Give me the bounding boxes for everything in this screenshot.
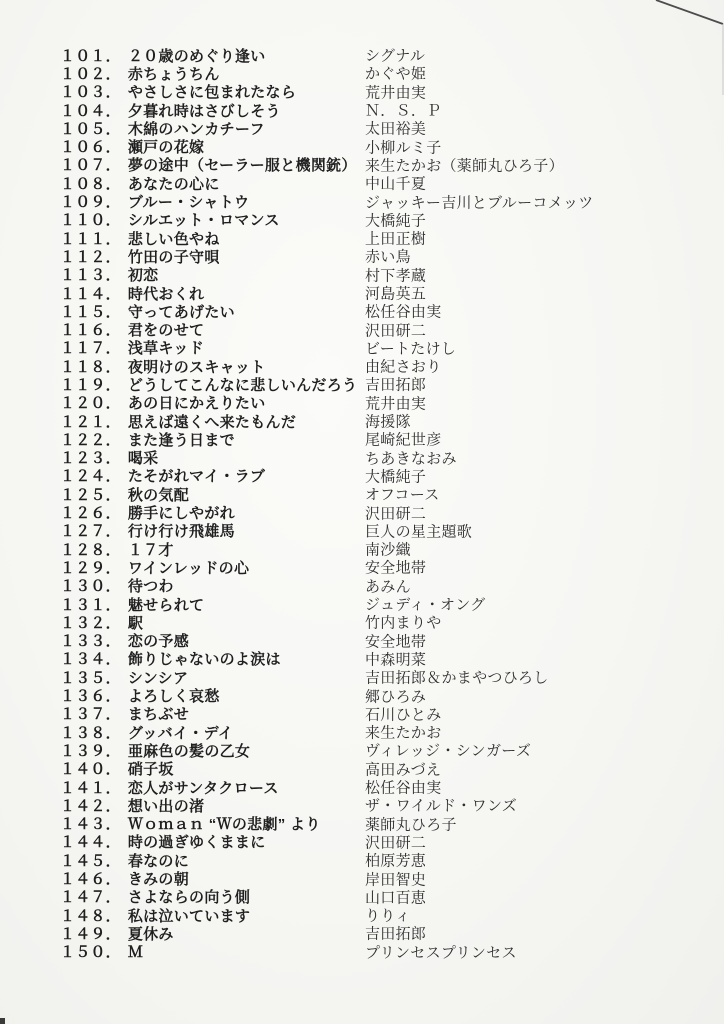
song-row: １０６． 瀬戸の花嫁 小柳ルミ子 — [60, 137, 680, 155]
song-row: １０８． あなたの心に 中山千夏 — [60, 174, 680, 192]
song-row: １４１． 恋人がサンタクロース 松任谷由実 — [60, 778, 680, 796]
song-title: Ｍ — [128, 941, 143, 962]
song-row: １３２． 駅 竹内まりや — [60, 613, 680, 631]
song-row: １０５． 木綿のハンカチーフ 太田裕美 — [60, 119, 680, 137]
song-row: １０１． ２０歳のめぐり逢い シグナル — [60, 46, 680, 64]
song-row: １２３． 喝采 ちあきなおみ — [60, 449, 680, 467]
song-row: １２８． １７才 南沙織 — [60, 540, 680, 558]
song-row: １４７． さよならの向う側 山口百恵 — [60, 888, 680, 906]
song-artist: プリンセスプリンセス — [365, 941, 517, 962]
song-row: １１３． 初恋 村下孝蔵 — [60, 266, 680, 284]
song-row: １３１． 魅せられて ジュディ・オング — [60, 595, 680, 613]
song-row: １１０． シルエット・ロマンス 大橋純子 — [60, 211, 680, 229]
song-row: １３８． グッバイ・デイ 来生たかお — [60, 723, 680, 741]
song-row: １０７． 夢の途中（セーラー服と機関銃） 来生たかお（薬師丸ひろ子） — [60, 156, 680, 174]
song-row: １１９． どうしてこんなに悲しいんだろう 吉田拓郎 — [60, 375, 680, 393]
song-row: １４８． 私は泣いています りりィ — [60, 906, 680, 924]
song-row: １３４． 飾りじゃないのよ涙は 中森明菜 — [60, 650, 680, 668]
song-row: １１４． 時代おくれ 河島英五 — [60, 284, 680, 302]
song-list: １０１． ２０歳のめぐり逢い シグナル １０２． 赤ちょうちん かぐや姫 １０３… — [60, 46, 680, 961]
song-row: １４０． 硝子坂 高田みづえ — [60, 760, 680, 778]
song-row: １３６． よろしく哀愁 郷ひろみ — [60, 686, 680, 704]
song-row: １２５． 秋の気配 オフコース — [60, 485, 680, 503]
song-row: １３７． まちぶせ 石川ひとみ — [60, 705, 680, 723]
song-row: １３５． シンシア 吉田拓郎＆かまやつひろし — [60, 668, 680, 686]
song-row: １４５． 春なのに 柏原芳恵 — [60, 851, 680, 869]
song-number: １５０． — [60, 941, 121, 962]
song-row: １４９． 夏休み 吉田拓郎 — [60, 924, 680, 942]
song-row: １１６． 君をのせて 沢田研二 — [60, 320, 680, 338]
song-row: １１８． 夜明けのスキャット 由紀さおり — [60, 357, 680, 375]
song-row: １２１． 思えば遠くへ来たもんだ 海援隊 — [60, 412, 680, 430]
song-row: １２９． ワインレッドの心 安全地帯 — [60, 558, 680, 576]
song-row: １２６． 勝手にしやがれ 沢田研二 — [60, 503, 680, 521]
song-row: １３３． 恋の予感 安全地帯 — [60, 632, 680, 650]
song-row: １１１． 悲しい色やね 上田正樹 — [60, 229, 680, 247]
song-row: １４３． Ｗｏｍａｎ “Ｗの悲劇” より 薬師丸ひろ子 — [60, 814, 680, 832]
song-row: １１７． 浅草キッド ビートたけし — [60, 339, 680, 357]
song-row: １４２． 想い出の渚 ザ・ワイルド・ワンズ — [60, 796, 680, 814]
song-row: １２０． あの日にかえりたい 荒井由実 — [60, 394, 680, 412]
song-row: １２４． たそがれマイ・ラブ 大橋純子 — [60, 467, 680, 485]
song-row: １２２． また逢う日まで 尾崎紀世彦 — [60, 430, 680, 448]
song-row: １２７． 行け行け飛雄馬 巨人の星主題歌 — [60, 522, 680, 540]
song-row: １０３． やさしさに包まれたなら 荒井由実 — [60, 83, 680, 101]
song-row: １０９． ブルー・シャトウ ジャッキー吉川とブルーコメッツ — [60, 192, 680, 210]
song-row: １４４． 時の過ぎゆくままに 沢田研二 — [60, 833, 680, 851]
song-row: １５０． Ｍ プリンセスプリンセス — [60, 943, 680, 961]
song-row: １１２． 竹田の子守唄 赤い鳥 — [60, 247, 680, 265]
song-row: １３０． 待つわ あみん — [60, 577, 680, 595]
scanned-page: １０１． ２０歳のめぐり逢い シグナル １０２． 赤ちょうちん かぐや姫 １０３… — [0, 0, 724, 1024]
song-row: １０４． 夕暮れ時はさびしそう Ｎ．Ｓ．Ｐ — [60, 101, 680, 119]
song-row: １４６． きみの朝 岸田智史 — [60, 869, 680, 887]
song-row: １３９． 亜麻色の髪の乙女 ヴィレッジ・シンガーズ — [60, 741, 680, 759]
scan-speck — [0, 1018, 5, 1024]
song-row: １０２． 赤ちょうちん かぐや姫 — [60, 64, 680, 82]
song-row: １１５． 守ってあげたい 松任谷由実 — [60, 302, 680, 320]
